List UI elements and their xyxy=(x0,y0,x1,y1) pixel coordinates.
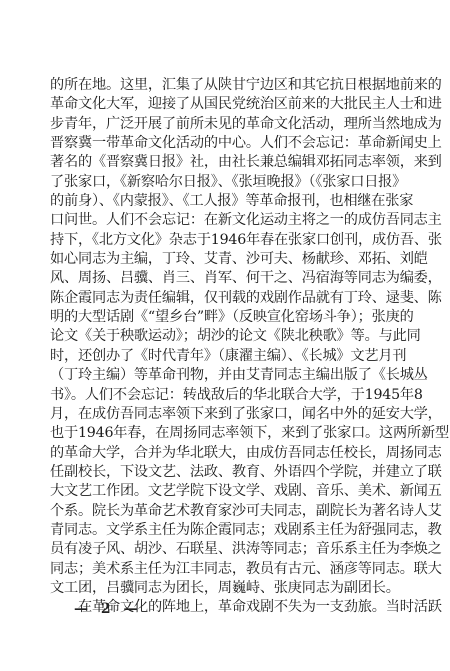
text-line: 同志；美术系主任为江丰同志，教员有古元、涵彦等同志。联大 xyxy=(50,560,396,579)
text-line: 口问世。人们不会忘记：在新文化运动主将之一的成仿吾同志主 xyxy=(50,211,396,230)
text-line: 如心同志为主编，丁玲、艾青、沙可夫、杨献珍、邓拓、刘皑 xyxy=(50,250,396,269)
text-line: 的革命大学，合并为华北联大，由成仿吾同志任校长，周扬同志 xyxy=(50,444,396,463)
text-line: 步青年，广泛开展了前所未见的革命文化活动，理所当然地成为 xyxy=(50,115,396,134)
text-line: 月，在成仿吾同志率领下来到了张家口，闻名中外的延安大学， xyxy=(50,405,396,424)
text-line: 持下，《北方文化》杂志于1946年春在张家口创刊，成仿吾、张 xyxy=(50,231,396,250)
text-line: 个系。院长为革命艺术教育家沙可夫同志，副院长为著名诗人艾 xyxy=(50,502,396,521)
text-line: 著名的《晋察冀日报》社，由社长兼总编辑邓拓同志率领，来到 xyxy=(50,153,396,172)
text-line: 书》。人们不会忘记：转战敌后的华北联合大学，于1945年8 xyxy=(50,386,396,405)
text-line: 明的大型话剧《“望乡台”畔》（反映宣化窑场斗争）；张庚的 xyxy=(50,308,396,327)
text-line: 也于1946年春，在周扬同志率领下，来到了张家口。这两所新型 xyxy=(50,424,396,443)
text-line: 员有凌子风、胡沙、石联星、洪涛等同志；音乐系主任为李焕之 xyxy=(50,540,396,559)
book-page: 的所在地。这里，汇集了从陕甘宁边区和其它抗日根据地前来的 革命文化大军，迎接了从… xyxy=(0,0,450,671)
text-line: 的前身）、《内蒙报》、《工人报》等革命报刊，也相继在张家 xyxy=(50,192,396,211)
text-line: 任副校长，下设文艺、法政、教育、外语四个学院，并建立了联 xyxy=(50,463,396,482)
body-text: 的所在地。这里，汇集了从陕甘宁边区和其它抗日根据地前来的 革命文化大军，迎接了从… xyxy=(50,76,396,618)
text-line: 了张家口，《新察哈尔日报》、《张垣晚报》（《张家口日报》 xyxy=(50,173,396,192)
text-line: （丁玲主编）等革命刊物，并由艾青同志主编出版了《长城丛 xyxy=(50,366,396,385)
text-line: 的所在地。这里，汇集了从陕甘宁边区和其它抗日根据地前来的 xyxy=(50,76,396,95)
text-line: 晋察冀一带革命文化活动的中心。人们不会忘记：革命新闻史上 xyxy=(50,134,396,153)
text-line: 论文《关于秧歌运动》；胡沙的论文《陕北秧歌》等。与此同 xyxy=(50,327,396,346)
text-line: 青同志。文学系主任为陈企霞同志；戏剧系主任为舒强同志，教 xyxy=(50,521,396,540)
text-line: 时，还创办了《时代青年》（康濯主编）、《长城》文艺月刊 xyxy=(50,347,396,366)
page-number: — 2 — xyxy=(74,601,142,617)
text-line: 革命文化大军，迎接了从国民党统治区前来的大批民主人士和进 xyxy=(50,95,396,114)
text-line: 大文艺工作团。文艺学院下设文学、戏剧、音乐、美术、新闻五 xyxy=(50,482,396,501)
text-line: 陈企霞同志为责任编辑，仅刊载的戏剧作品就有丁玲、逯斐、陈 xyxy=(50,289,396,308)
paragraph-end-line: 文工团，吕骥同志为团长，周巍峙、张庚同志为副团长。 xyxy=(50,579,396,598)
text-line: 风、周扬、吕骥、肖三、肖军、何干之、冯宿海等同志为编委， xyxy=(50,269,396,288)
